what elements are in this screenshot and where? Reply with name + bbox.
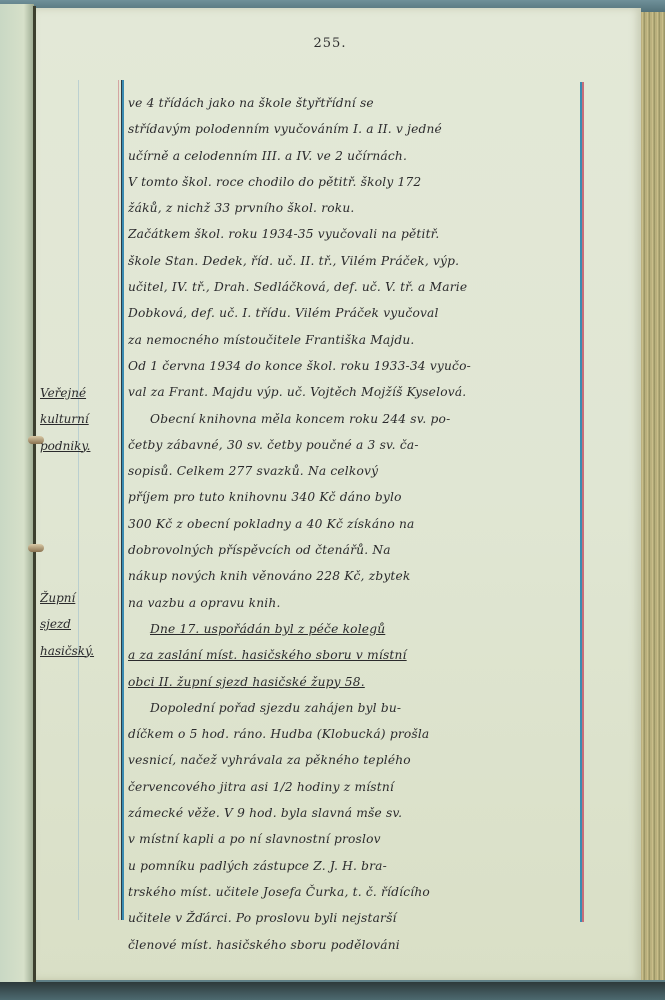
text-line: Od 1 června 1934 do konce škol. roku 193… xyxy=(128,353,580,379)
text-line: střídavým polodenním vyučováním I. a II.… xyxy=(128,116,580,142)
text-line-content: Začátkem škol. roku 1934-35 vyučovali na… xyxy=(128,227,439,241)
text-line-content: v místní kapli a po ní slavnostní proslo… xyxy=(128,832,381,846)
margin-note-line: hasičský. xyxy=(40,638,120,664)
text-line: červencového jitra asi 1/2 hodiny z míst… xyxy=(128,774,580,800)
text-line: ve 4 třídách jako na škole štyřtřídní se xyxy=(128,90,580,116)
margin-note-line: sjezd xyxy=(40,611,120,637)
text-line: zámecké věže. V 9 hod. byla slavná mše s… xyxy=(128,800,580,826)
text-line: učírně a celodenním III. a IV. ve 2 učír… xyxy=(128,143,580,169)
text-line: vesnicí, načež vyhrávala za pěkného tepl… xyxy=(128,747,580,773)
text-line-content: Obecní knihovna měla koncem roku 244 sv.… xyxy=(150,412,450,426)
text-line-content: sopisů. Celkem 277 svazků. Na celkový xyxy=(128,464,378,478)
text-line: Dobková, def. uč. I. třídu. Vilém Práček… xyxy=(128,300,580,326)
margin-rule-right xyxy=(580,82,584,922)
text-line: za nemocného místoučitele Františka Majd… xyxy=(128,327,580,353)
text-line-content: V tomto škol. roce chodilo do pětitř. šk… xyxy=(128,175,421,189)
text-line-content: četby zábavné, 30 sv. četby poučné a 3 s… xyxy=(128,438,419,452)
text-line: a za zaslání míst. hasičského sboru v mí… xyxy=(128,642,580,668)
margin-note: Veřejnékulturnípodniky. xyxy=(40,380,120,459)
text-line-content: a za zaslání míst. hasičského sboru v mí… xyxy=(128,648,407,662)
text-line: trského míst. učitele Josefa Čurka, t. č… xyxy=(128,879,580,905)
margin-note-line: Župní xyxy=(40,585,120,611)
margin-note: Župnísjezdhasičský. xyxy=(40,585,120,664)
text-line-content: Dobková, def. uč. I. třídu. Vilém Práček… xyxy=(128,306,439,320)
text-line-content: červencového jitra asi 1/2 hodiny z míst… xyxy=(128,780,394,794)
text-line: v místní kapli a po ní slavnostní proslo… xyxy=(128,826,580,852)
page-number: 255. xyxy=(300,36,360,51)
text-line: val za Frant. Majdu výp. uč. Vojtěch Moj… xyxy=(128,379,580,405)
text-line: Dopolední pořad sjezdu zahájen byl bu- xyxy=(128,695,580,721)
text-line: žáků, z nichž 33 prvního škol. roku. xyxy=(128,195,580,221)
text-line: díčkem o 5 hod. ráno. Hudba (Klobucká) p… xyxy=(128,721,580,747)
text-line: škole Stan. Dedek, říd. uč. II. tř., Vil… xyxy=(128,248,580,274)
margin-note-line: podniky. xyxy=(40,433,120,459)
text-line: V tomto škol. roce chodilo do pětitř. šk… xyxy=(128,169,580,195)
margin-rule-faint xyxy=(78,80,79,920)
text-line-content: ve 4 třídách jako na škole štyřtřídní se xyxy=(128,96,374,110)
text-line-content: vesnicí, načež vyhrávala za pěkného tepl… xyxy=(128,753,411,767)
left-page-edge xyxy=(0,4,34,984)
handwritten-text-block: ve 4 třídách jako na škole štyřtřídní se… xyxy=(128,90,580,958)
text-line: Začátkem škol. roku 1934-35 vyučovali na… xyxy=(128,221,580,247)
text-line-content: na vazbu a opravu knih. xyxy=(128,596,281,610)
text-line-content: Dne 17. uspořádán byl z péče kolegů xyxy=(150,622,385,636)
text-line: dobrovolných příspěvcích od čtenářů. Na xyxy=(128,537,580,563)
binding-thread xyxy=(28,544,44,552)
text-line: učitele v Žďárci. Po proslovu byli nejst… xyxy=(128,905,580,931)
text-line: obci II. župní sjezd hasičské župy 58. xyxy=(128,669,580,695)
text-line: u pomníku padlých zástupce Z. J. H. bra- xyxy=(128,853,580,879)
text-line: četby zábavné, 30 sv. četby poučné a 3 s… xyxy=(128,432,580,458)
book-bottom-edge xyxy=(0,982,665,1000)
text-line-content: u pomníku padlých zástupce Z. J. H. bra- xyxy=(128,859,387,873)
text-line: nákup nových knih věnováno 228 Kč, zbyte… xyxy=(128,563,580,589)
text-line-content: val za Frant. Majdu výp. uč. Vojtěch Moj… xyxy=(128,385,466,399)
text-line-content: nákup nových knih věnováno 228 Kč, zbyte… xyxy=(128,569,411,583)
margin-rule-left xyxy=(121,80,124,920)
text-line-content: za nemocného místoučitele Františka Majd… xyxy=(128,333,415,347)
text-line-content: dobrovolných příspěvcích od čtenářů. Na xyxy=(128,543,391,557)
text-line: příjem pro tuto knihovnu 340 Kč dáno byl… xyxy=(128,484,580,510)
margin-note-line: kulturní xyxy=(40,406,120,432)
text-line-content: 300 Kč z obecní pokladny a 40 Kč získáno… xyxy=(128,517,414,531)
page-stack-edges xyxy=(641,12,665,980)
text-line: Obecní knihovna měla koncem roku 244 sv.… xyxy=(128,406,580,432)
text-line-content: učitele v Žďárci. Po proslovu byli nejst… xyxy=(128,911,397,925)
margin-note-line: Veřejné xyxy=(40,380,120,406)
text-line-content: učírně a celodenním III. a IV. ve 2 učír… xyxy=(128,149,407,163)
margin-rule-red xyxy=(118,80,119,920)
text-line: členové míst. hasičského sboru podělován… xyxy=(128,932,580,958)
text-line-content: díčkem o 5 hod. ráno. Hudba (Klobucká) p… xyxy=(128,727,429,741)
text-line-content: trského míst. učitele Josefa Čurka, t. č… xyxy=(128,885,430,899)
text-line-content: škole Stan. Dedek, říd. uč. II. tř., Vil… xyxy=(128,254,459,268)
text-line-content: střídavým polodenním vyučováním I. a II.… xyxy=(128,122,442,136)
text-line: Dne 17. uspořádán byl z péče kolegů xyxy=(128,616,580,642)
text-line-content: Dopolední pořad sjezdu zahájen byl bu- xyxy=(150,701,401,715)
text-line-content: Od 1 června 1934 do konce škol. roku 193… xyxy=(128,359,471,373)
text-line: 300 Kč z obecní pokladny a 40 Kč získáno… xyxy=(128,511,580,537)
text-line-content: zámecké věže. V 9 hod. byla slavná mše s… xyxy=(128,806,402,820)
text-line-content: příjem pro tuto knihovnu 340 Kč dáno byl… xyxy=(128,490,402,504)
text-line-content: členové míst. hasičského sboru podělován… xyxy=(128,938,400,952)
text-line: učitel, IV. tř., Drah. Sedláčková, def. … xyxy=(128,274,580,300)
text-line-content: žáků, z nichž 33 prvního škol. roku. xyxy=(128,201,354,215)
text-line: sopisů. Celkem 277 svazků. Na celkový xyxy=(128,458,580,484)
text-line-content: učitel, IV. tř., Drah. Sedláčková, def. … xyxy=(128,280,467,294)
text-line-content: obci II. župní sjezd hasičské župy 58. xyxy=(128,675,365,689)
text-line: na vazbu a opravu knih. xyxy=(128,590,580,616)
